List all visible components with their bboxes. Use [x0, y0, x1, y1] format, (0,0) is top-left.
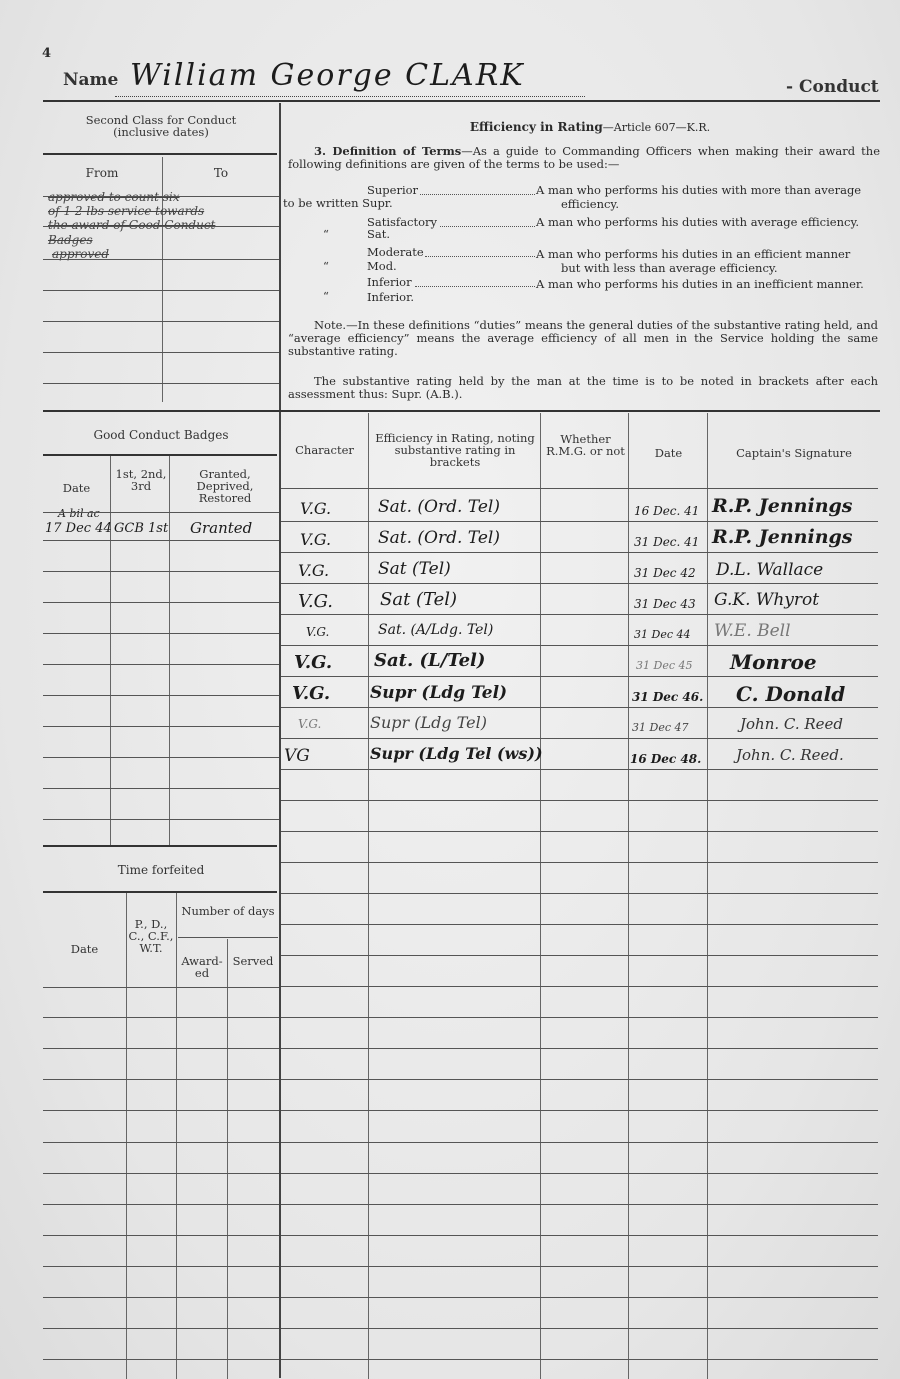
efficiency-title: Efficiency in Rating—Article 607—K.R.: [280, 120, 900, 134]
name-underline: [115, 96, 585, 97]
row-signature: John. C. Reed.: [736, 746, 844, 764]
name-label: Name: [63, 70, 118, 90]
section-rule: [43, 410, 880, 412]
row-line: [43, 633, 279, 634]
row-efficiency: Sat. (Ord. Tel): [378, 528, 500, 548]
abbr-moderate: Mod.: [367, 260, 397, 273]
row-line: [43, 1359, 279, 1360]
row-date: 31 Dec 44: [634, 628, 690, 641]
def-inferior: A man who performs his duties in an inef…: [536, 278, 864, 291]
row-line: [281, 862, 878, 863]
header-bottom-line: [281, 488, 878, 489]
col-efficiency: Efficiency in Rating, noting substantive…: [370, 432, 540, 468]
row-line: [43, 1328, 279, 1329]
definition-intro: 3. Definition of Terms—As a guide to Com…: [288, 145, 880, 171]
row-efficiency: Supr (Ldg Tel): [370, 683, 507, 703]
row-character: V.G.: [300, 530, 331, 549]
abbr-satisfactory: Sat.: [367, 228, 390, 241]
row-line: [281, 583, 878, 584]
row-line: [281, 614, 878, 615]
col-signature: Captain's Signature: [709, 447, 879, 459]
col-tf-days: Number of days: [178, 905, 278, 917]
row-line: [43, 1204, 279, 1205]
struck-note-1: approved to count six: [48, 190, 180, 204]
row-signature: R.P. Jennings: [712, 526, 853, 548]
ditto-mark: “: [323, 228, 329, 241]
row-date: 31 Dec. 41: [634, 535, 699, 549]
col-to: To: [163, 167, 279, 179]
row-character: V.G.: [306, 625, 329, 639]
row-date: 16 Dec. 41: [634, 504, 699, 518]
row-efficiency: Sat (Tel): [378, 559, 451, 579]
row-line: [43, 1142, 279, 1143]
row-efficiency: Sat. (A/Ldg. Tel): [378, 622, 493, 638]
row-line: [281, 707, 878, 708]
col-gcb-status: Granted, Deprived, Restored: [172, 468, 278, 504]
col-tf-awarded: Award-ed: [178, 955, 226, 979]
row-date: 31 Dec 45: [636, 659, 692, 672]
row-line: [43, 1266, 279, 1267]
divider: [43, 891, 277, 893]
row-line: [43, 321, 279, 322]
row-date: 31 Dec 46.: [632, 690, 703, 704]
row-line: [281, 1110, 878, 1111]
row-signature: D.L. Wallace: [716, 560, 823, 580]
col-gcb-date: Date: [43, 482, 110, 494]
good-conduct-title: Good Conduct Badges: [43, 429, 279, 441]
row-line: [281, 893, 878, 894]
col-tf-date: Date: [43, 943, 126, 955]
row-line: [43, 1079, 279, 1080]
service-record-page: 4 Name William George CLARK - Conduct Se…: [0, 0, 900, 1379]
col-tf-punishment: P., D., C., C.F., W.T.: [128, 918, 174, 954]
row-line: [281, 552, 878, 553]
page-number: 4: [42, 46, 51, 61]
row-line: [43, 1173, 279, 1174]
row-efficiency: Sat. (L/Tel): [374, 650, 485, 671]
struck-note-3: the award of Good Conduct: [48, 218, 215, 232]
row-line: [281, 1328, 878, 1329]
struck-note-4: Badges: [48, 233, 93, 247]
row-line: [43, 383, 279, 384]
row-signature: R.P. Jennings: [712, 495, 853, 517]
gcb-date-note: A bil ac: [58, 507, 100, 520]
row-efficiency: Sat (Tel): [380, 589, 457, 610]
row-line: [43, 290, 279, 291]
row-line: [43, 226, 279, 227]
row-line: [281, 521, 878, 522]
row-date: 16 Dec 48.: [630, 752, 701, 766]
row-line: [43, 987, 279, 988]
row-signature: C. Donald: [736, 682, 845, 706]
row-character: V.G.: [298, 717, 321, 731]
ditto-mark: “: [323, 290, 329, 303]
row-line: [281, 738, 878, 739]
row-line: [281, 1266, 878, 1267]
row-date: 31 Dec 47: [632, 721, 688, 734]
row-date: 31 Dec 43: [634, 597, 696, 611]
section-title: - Conduct: [786, 77, 879, 97]
row-line: [43, 571, 279, 572]
def-superior: A man who performs his duties with more …: [536, 184, 878, 197]
term-inferior: Inferior: [367, 276, 412, 289]
row-line: [281, 769, 878, 770]
col-gcb-class: 1st, 2nd, 3rd: [112, 468, 170, 492]
row-line: [281, 831, 878, 832]
row-line: [43, 1048, 279, 1049]
row-date: 31 Dec 42: [634, 566, 696, 580]
abbr-inferior: Inferior.: [367, 291, 414, 304]
row-line: [43, 259, 279, 260]
gcb-status: Granted: [190, 519, 252, 537]
dot-leader: [420, 184, 535, 195]
row-character: V.G.: [300, 499, 331, 518]
dot-leader: [415, 276, 535, 287]
col-rmg: Whether R.M.G. or not: [543, 433, 628, 457]
row-line: [43, 695, 279, 696]
row-line: [43, 602, 279, 603]
row-line: [43, 664, 279, 665]
def-superior-cont: efficiency.: [561, 198, 619, 211]
header-rule: [43, 100, 880, 102]
gcb-class: GCB 1st: [114, 521, 168, 536]
row-line: [281, 986, 878, 987]
row-line: [43, 1297, 279, 1298]
row-efficiency: Sat. (Ord. Tel): [378, 497, 500, 517]
row-line: [281, 1017, 878, 1018]
divider: [227, 939, 228, 1379]
row-line: [43, 726, 279, 727]
row-character: V.G.: [294, 652, 332, 673]
row-character: V.G.: [292, 683, 330, 704]
main-divider: [279, 103, 281, 1378]
row-line: [281, 676, 878, 677]
row-signature: Monroe: [730, 650, 817, 674]
divider: [126, 893, 127, 1379]
row-character: V.G.: [298, 561, 329, 580]
row-signature: G.K. Whyrot: [714, 590, 819, 610]
row-line: [281, 1235, 878, 1236]
second-class-title: Second Class for Conduct (inclusive date…: [43, 114, 279, 138]
col-tf-served: Served: [228, 955, 278, 967]
row-signature: John. C. Reed: [740, 715, 843, 733]
dot-leader: [425, 246, 535, 257]
row-character: V.G.: [298, 591, 333, 612]
row-line: [43, 352, 279, 353]
row-character: VG: [284, 746, 310, 766]
row-line: [43, 196, 279, 197]
term-moderate: Moderate: [367, 246, 424, 259]
row-efficiency: Supr (Ldg Tel (ws)): [370, 744, 543, 763]
struck-note-2: of 1 2 lbs service towards: [48, 204, 204, 218]
gcb-date: 17 Dec 44: [45, 521, 112, 536]
row-signature: W.E. Bell: [714, 621, 791, 641]
row-line: [43, 788, 279, 789]
def-satisfactory: A man who performs his duties with avera…: [536, 216, 859, 229]
divider: [43, 153, 277, 155]
dot-leader: [440, 216, 535, 227]
ditto-mark: “: [323, 260, 329, 273]
row-line: [281, 1359, 878, 1360]
row-line: [43, 1235, 279, 1236]
row-efficiency: Supr (Ldg Tel): [370, 713, 487, 732]
abbr-superior: to be written Supr.: [283, 197, 393, 210]
row-line: [43, 757, 279, 758]
col-character: Character: [281, 444, 368, 456]
row-line: [281, 1142, 878, 1143]
row-line: [43, 1017, 279, 1018]
row-line: [281, 1204, 878, 1205]
name-value: William George CLARK: [130, 58, 525, 93]
row-line: [43, 819, 279, 820]
row-line: [281, 1048, 878, 1049]
row-line: [281, 645, 878, 646]
row-line: [281, 955, 878, 956]
time-forfeited-title: Time forfeited: [43, 864, 279, 876]
definitions-note: Note.—In these definitions “duties” mean…: [288, 319, 878, 358]
col-from: From: [43, 167, 161, 179]
row-line: [43, 512, 279, 513]
row-line: [281, 800, 878, 801]
def-moderate-cont: but with less than average efficiency.: [561, 262, 778, 275]
divider: [43, 845, 277, 847]
def-moderate: A man who performs his duties in an effi…: [536, 248, 850, 261]
divider: [178, 937, 278, 938]
row-line: [281, 1079, 878, 1080]
row-line: [43, 540, 279, 541]
substantive-note: The substantive rating held by the man a…: [288, 375, 878, 401]
row-line: [281, 1173, 878, 1174]
divider: [43, 454, 277, 456]
row-line: [43, 1110, 279, 1111]
col-date: Date: [630, 447, 707, 459]
row-line: [281, 1297, 878, 1298]
divider: [176, 893, 177, 1379]
row-line: [281, 924, 878, 925]
